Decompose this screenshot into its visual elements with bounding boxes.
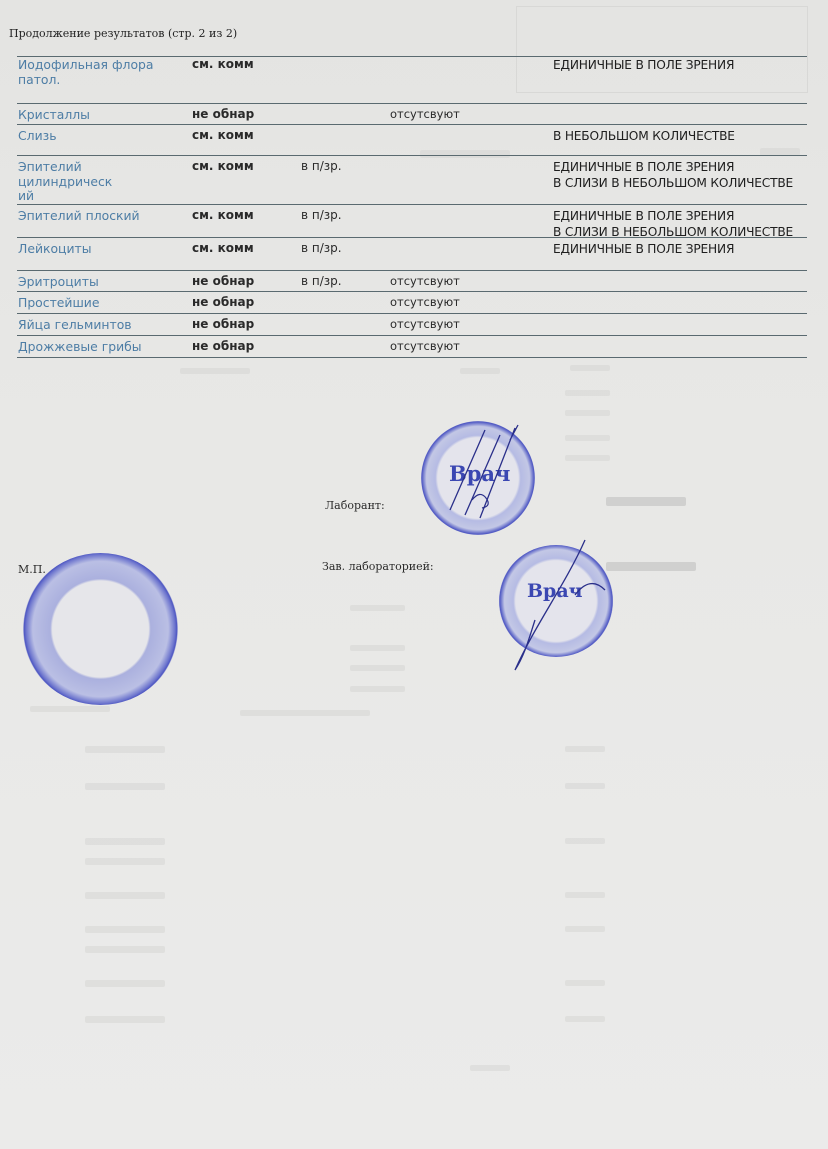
table-row: Слизьсм. коммВ НЕБОЛЬШОМ КОЛИЧЕСТВЕ — [17, 124, 807, 155]
signature-lab-assistant-icon — [430, 420, 530, 530]
result-name: Слизь — [18, 129, 178, 144]
result-name: Иодофильная флора патол. — [18, 58, 178, 87]
result-name: Эпителий цилиндрическ ий — [18, 160, 178, 204]
result-value: не обнар — [192, 107, 254, 121]
result-value: см. комм — [192, 128, 254, 142]
lab-head-label: Зав. лабораторией: — [322, 560, 434, 573]
results-table: Иодофильная флора патол.см. коммЕДИНИЧНЫ… — [17, 56, 807, 358]
result-name: Лейкоциты — [18, 242, 178, 257]
result-name: Дрожжевые грибы — [18, 340, 178, 355]
result-value: см. комм — [192, 57, 254, 71]
table-bottom-divider — [17, 357, 807, 358]
table-row: Эпителий плоскийсм. коммв п/зр.ЕДИНИЧНЫЕ… — [17, 204, 807, 237]
result-value: не обнар — [192, 339, 254, 353]
result-reference: отсутсвуют — [390, 107, 460, 121]
result-value: см. комм — [192, 208, 254, 222]
result-reference: отсутсвуют — [390, 339, 460, 353]
table-row: Дрожжевые грибыне обнаротсутсвуют — [17, 335, 807, 357]
lab-assistant-label: Лаборант: — [325, 499, 385, 512]
result-name: Эритроциты — [18, 275, 178, 290]
result-value: не обнар — [192, 317, 254, 331]
table-row: Лейкоцитысм. коммв п/зр.ЕДИНИЧНЫЕ В ПОЛЕ… — [17, 237, 807, 270]
signature-lab-head-icon — [505, 535, 615, 675]
result-comment: ЕДИНИЧНЫЕ В ПОЛЕ ЗРЕНИЯ В СЛИЗИ В НЕБОЛЬ… — [553, 208, 793, 240]
result-unit: в п/зр. — [301, 241, 342, 255]
result-value: см. комм — [192, 159, 254, 173]
result-name: Простейшие — [18, 296, 178, 311]
table-row: Простейшиене обнаротсутсвуют — [17, 291, 807, 313]
result-comment: ЕДИНИЧНЫЕ В ПОЛЕ ЗРЕНИЯ В СЛИЗИ В НЕБОЛЬ… — [553, 159, 793, 191]
result-reference: отсутсвуют — [390, 295, 460, 309]
table-row: Иодофильная флора патол.см. коммЕДИНИЧНЫ… — [17, 56, 807, 103]
table-row: Эпителий цилиндрическ ийсм. коммв п/зр.Е… — [17, 155, 807, 204]
table-row: Кристаллыне обнаротсутсвуют — [17, 103, 807, 124]
page-header: Продолжение результатов (стр. 2 из 2) — [9, 27, 237, 40]
result-comment: ЕДИНИЧНЫЕ В ПОЛЕ ЗРЕНИЯ — [553, 241, 734, 257]
result-name: Яйца гельминтов — [18, 318, 178, 333]
result-value: не обнар — [192, 295, 254, 309]
result-comment: ЕДИНИЧНЫЕ В ПОЛЕ ЗРЕНИЯ — [553, 57, 734, 73]
table-row: Яйца гельминтовне обнаротсутсвуют — [17, 313, 807, 335]
result-unit: в п/зр. — [301, 159, 342, 173]
result-unit: в п/зр. — [301, 208, 342, 222]
result-name: Эпителий плоский — [18, 209, 178, 224]
result-unit: в п/зр. — [301, 274, 342, 288]
result-reference: отсутсвуют — [390, 274, 460, 288]
table-row: Эритроцитыне обнарв п/зр.отсутсвуют — [17, 270, 807, 291]
result-value: не обнар — [192, 274, 254, 288]
seal-label: М.П. — [18, 563, 46, 576]
result-reference: отсутсвуют — [390, 317, 460, 331]
result-comment: В НЕБОЛЬШОМ КОЛИЧЕСТВЕ — [553, 128, 735, 144]
organization-seal — [22, 553, 179, 705]
result-value: см. комм — [192, 241, 254, 255]
result-name: Кристаллы — [18, 108, 178, 123]
